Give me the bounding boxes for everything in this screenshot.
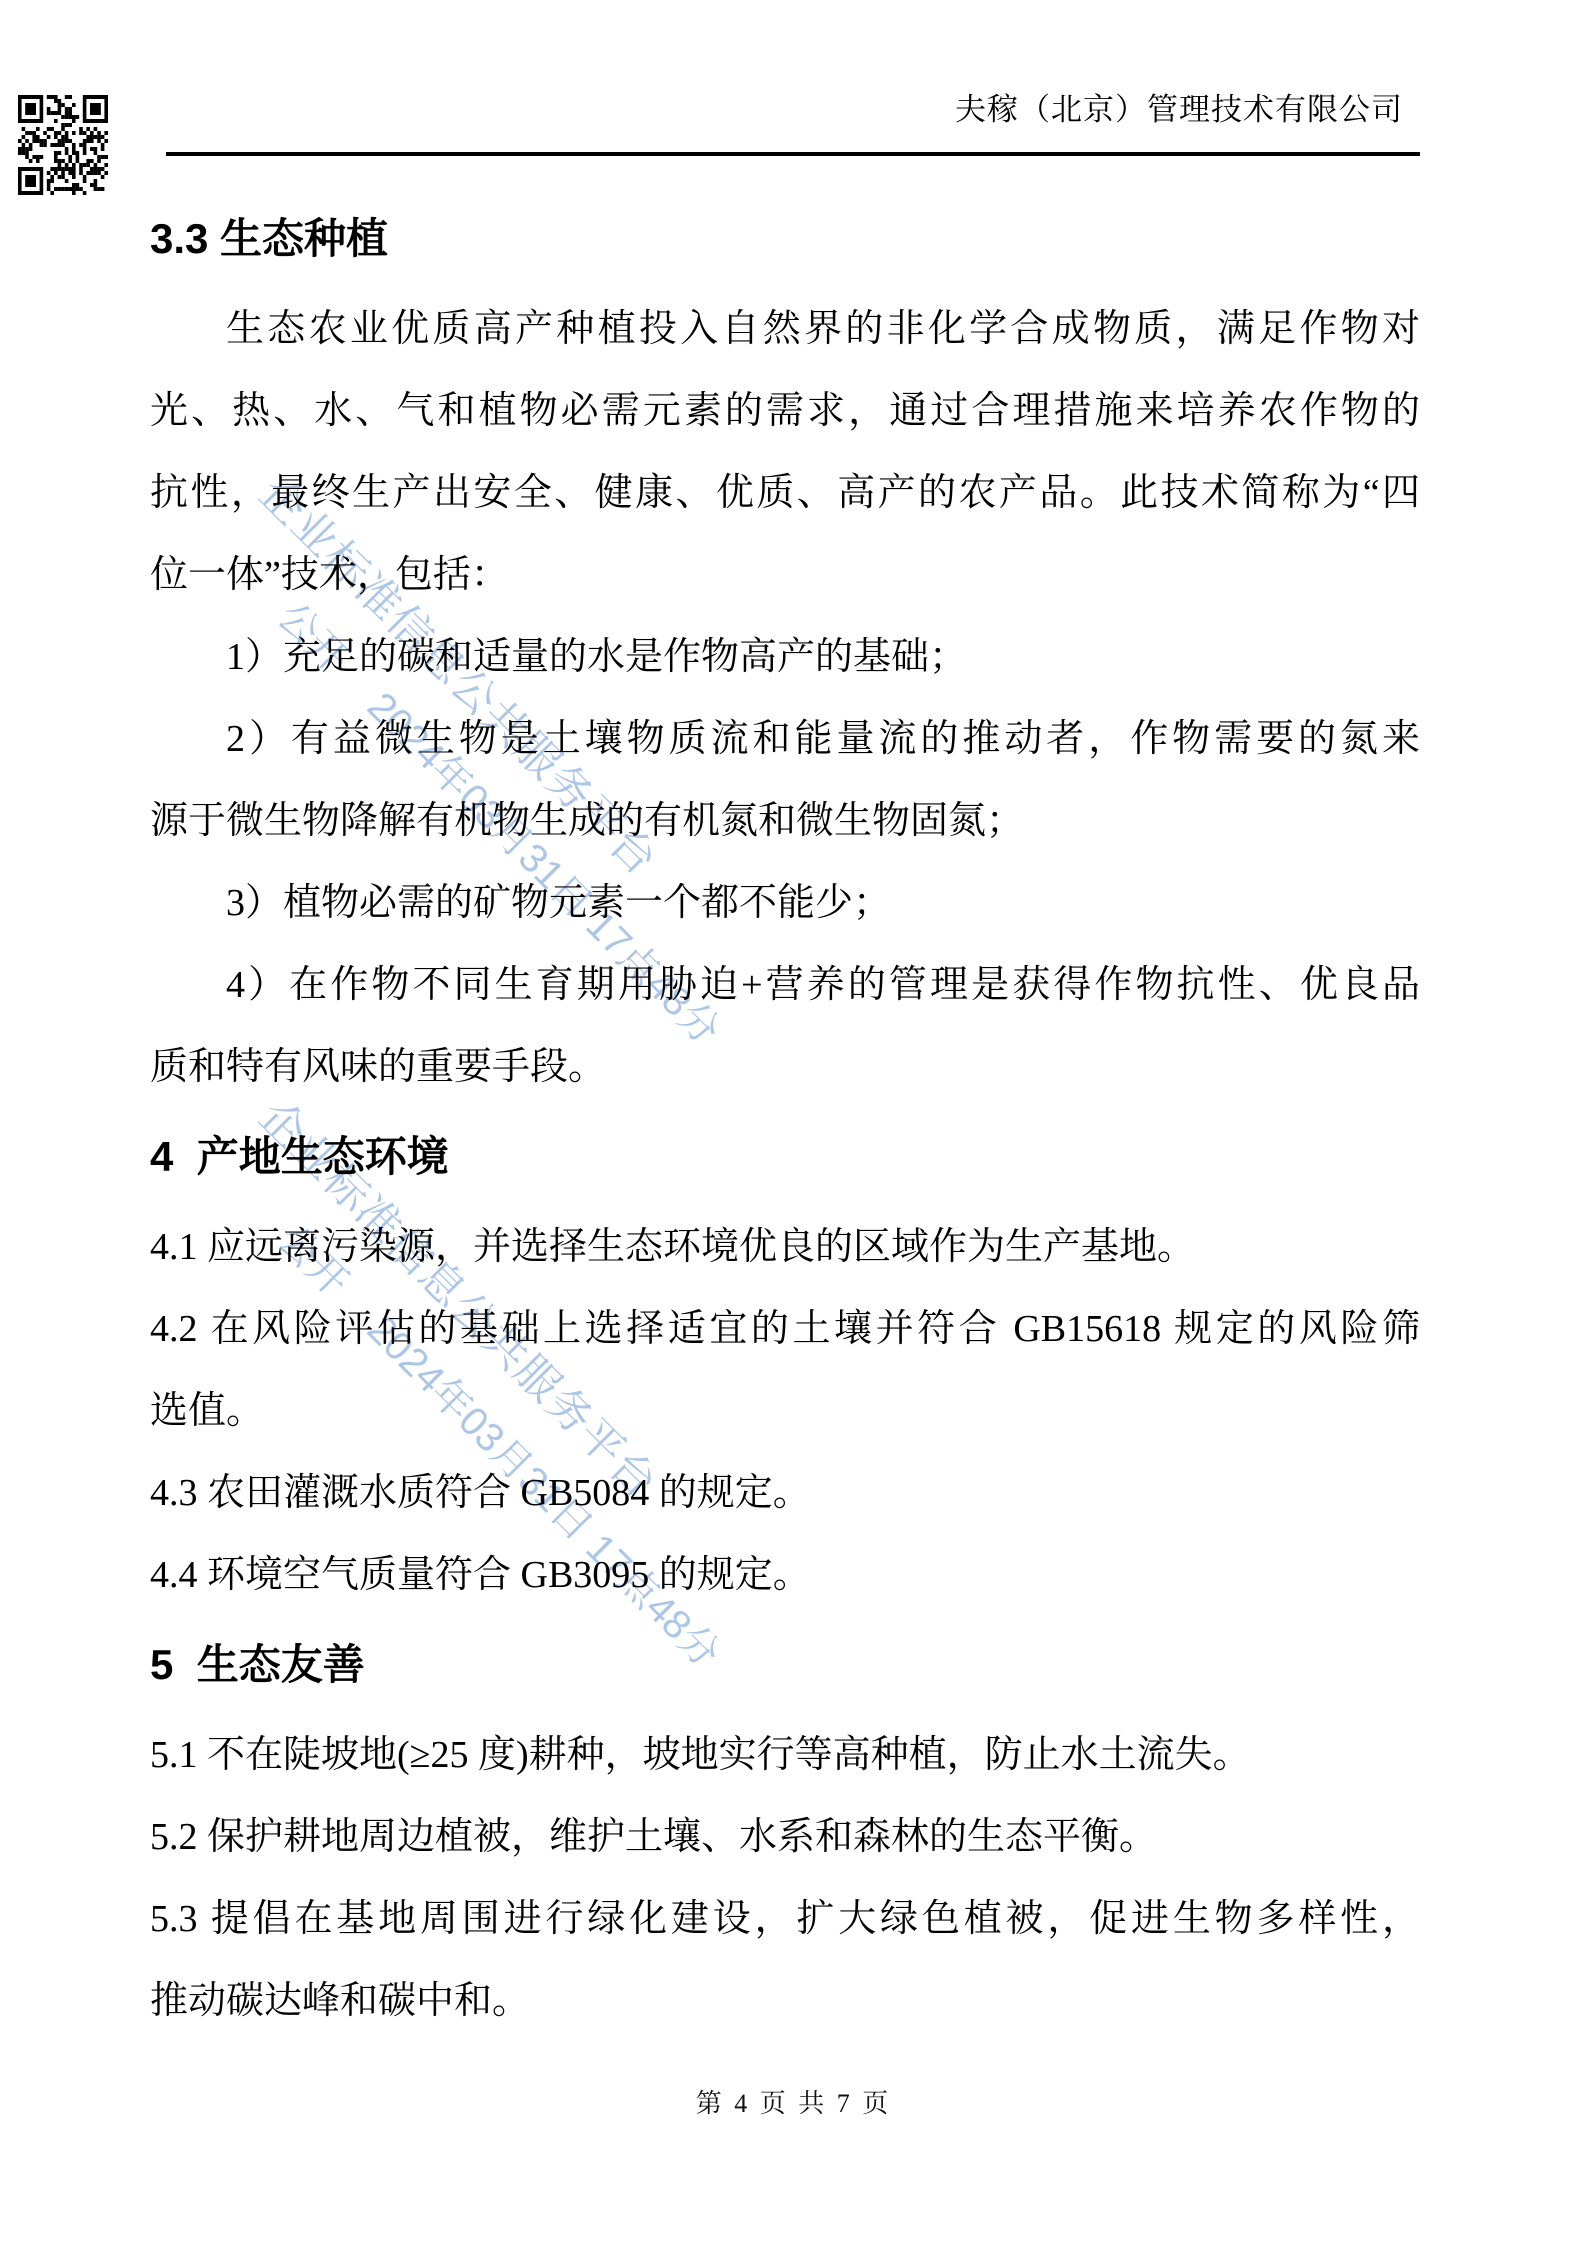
text-line: 5.1 不在陡坡地(≥25 度)耕种，坡地实行等高种植，防止水土流失。 <box>150 1714 1420 1796</box>
qr-code-icon <box>18 95 108 195</box>
section-heading: 4 产地生态环境 <box>150 1116 1420 1198</box>
text-line: 5.3 提倡在基地周围进行绿化建设，扩大绿色植被，促进生物多样性， <box>150 1878 1420 1960</box>
page-footer: 第 4 页 共 7 页 <box>0 2083 1587 2120</box>
header-divider <box>166 152 1420 156</box>
document-body: 3.3 生态种植生态农业优质高产种植投入自然界的非化学合成物质，满足作物对光、热… <box>150 190 1420 2042</box>
document-page: 夫稼（北京）管理技术有限公司 企业标准信息公共服务平台 公开 2024年03月3… <box>0 0 1587 2245</box>
section-heading: 3.3 生态种植 <box>150 198 1420 280</box>
text-line: 1）充足的碳和适量的水是作物高产的基础； <box>150 616 1420 698</box>
text-line: 4.2 在风险评估的基础上选择适宜的土壤并符合 GB15618 规定的风险筛 <box>150 1288 1420 1370</box>
text-line: 位一体”技术，包括： <box>150 534 1420 616</box>
header-company-name: 夫稼（北京）管理技术有限公司 <box>955 84 1403 129</box>
text-line: 选值。 <box>150 1370 1420 1452</box>
text-line: 推动碳达峰和碳中和。 <box>150 1960 1420 2042</box>
text-line: 质和特有风味的重要手段。 <box>150 1026 1420 1108</box>
text-line: 5.2 保护耕地周边植被，维护土壤、水系和森林的生态平衡。 <box>150 1796 1420 1878</box>
text-line: 抗性，最终生产出安全、健康、优质、高产的农产品。此技术简称为“四 <box>150 452 1420 534</box>
text-line: 4.1 应远离污染源，并选择生态环境优良的区域作为生产基地。 <box>150 1206 1420 1288</box>
text-line: 3）植物必需的矿物元素一个都不能少； <box>150 862 1420 944</box>
text-line: 2）有益微生物是土壤物质流和能量流的推动者，作物需要的氮来 <box>150 698 1420 780</box>
text-line: 4.4 环境空气质量符合 GB3095 的规定。 <box>150 1534 1420 1616</box>
section-heading: 5 生态友善 <box>150 1624 1420 1706</box>
text-line: 4）在作物不同生育期用胁迫+营养的管理是获得作物抗性、优良品 <box>150 944 1420 1026</box>
text-line: 生态农业优质高产种植投入自然界的非化学合成物质，满足作物对 <box>150 288 1420 370</box>
page-number: 第 4 页 共 7 页 <box>696 2089 892 2118</box>
text-line: 光、热、水、气和植物必需元素的需求，通过合理措施来培养农作物的 <box>150 370 1420 452</box>
text-line: 源于微生物降解有机物生成的有机氮和微生物固氮； <box>150 780 1420 862</box>
text-line: 4.3 农田灌溉水质符合 GB5084 的规定。 <box>150 1452 1420 1534</box>
